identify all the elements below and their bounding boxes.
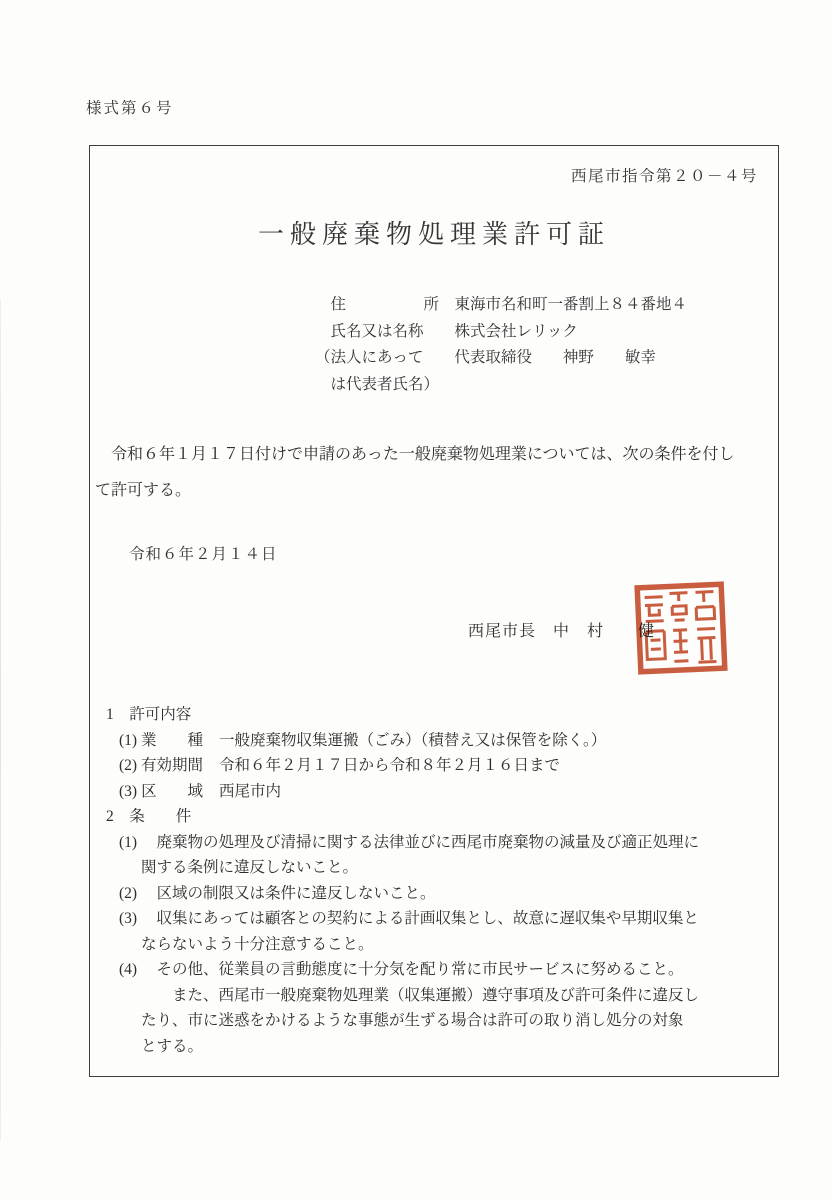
issue-date: 令和６年２月１４日 bbox=[129, 542, 278, 564]
condition-item-3: (3) 収集にあっては顧客との契約による計画収集とし、故意に遅収集や早期収集と … bbox=[90, 906, 773, 957]
directive-number: 西尾市指令第２０－４号 bbox=[571, 164, 758, 186]
recipient-corp-note-line1: （法人にあって 代表取締役 神野 敏幸 bbox=[315, 349, 656, 366]
scan-edge-artifact bbox=[0, 300, 1, 1140]
row-marker: (2) bbox=[119, 753, 137, 779]
row-marker: (3) bbox=[119, 779, 137, 805]
section-heading-permit-content: 1 許可内容 bbox=[90, 702, 780, 728]
grant-statement: 令和６年１月１７日付けで申請のあった一般廃棄物処理業については、次の条件を付し … bbox=[95, 437, 771, 508]
condition-marker: (4) bbox=[119, 957, 137, 983]
row-value: 令和６年２月１７日から令和８年２月１６日まで bbox=[219, 753, 560, 779]
condition-marker: (3) bbox=[119, 906, 137, 932]
permit-row-valid-period: (2) 有効期間 令和６年２月１７日から令和８年２月１６日まで bbox=[90, 753, 780, 779]
condition-text: 区域の制限又は条件に違反しないこと。 bbox=[141, 881, 773, 907]
recipient-address-line: 住 所 東海市名和町一番割上８４番地４ bbox=[315, 296, 687, 313]
condition-item-2: (2) 区域の制限又は条件に違反しないこと。 bbox=[90, 881, 773, 907]
row-value: 一般廃棄物収集運搬（ごみ）（積替え又は保管を除く。） bbox=[219, 728, 606, 754]
condition-item-4: (4) その他、従業員の言動態度に十分気を配り常に市民サービスに努めること。 ま… bbox=[90, 957, 773, 1059]
condition-marker: (2) bbox=[119, 881, 137, 907]
official-seal-stamp-icon bbox=[633, 580, 729, 676]
row-marker: (1) bbox=[119, 728, 137, 754]
row-label: 区 域 bbox=[141, 779, 203, 805]
condition-item-1: (1) 廃棄物の処理及び清掃に関する法律並びに西尾市廃棄物の減量及び適正処理に … bbox=[90, 830, 773, 881]
permit-row-area: (3) 区 域 西尾市内 bbox=[90, 779, 780, 805]
mayor-signature-line: 西尾市長 中 村 健 bbox=[468, 618, 655, 641]
row-label: 有効期間 bbox=[141, 753, 203, 779]
recipient-name-line: 氏名又は名称 株式会社レリック bbox=[315, 323, 578, 340]
recipient-corp-note-line2: は代表者氏名） bbox=[315, 376, 439, 393]
form-number-label: 様式第６号 bbox=[86, 96, 174, 118]
scanned-permit-page: 様式第６号 西尾市指令第２０－４号 一般廃棄物処理業許可証 住 所 東海市名和町… bbox=[0, 0, 831, 1200]
row-label: 業 種 bbox=[141, 728, 203, 754]
recipient-block: 住 所 東海市名和町一番割上８４番地４ 氏名又は名称 株式会社レリック （法人に… bbox=[315, 292, 687, 398]
section-heading-conditions: 2 条 件 bbox=[90, 804, 780, 830]
page-title: 一般廃棄物処理業許可証 bbox=[90, 214, 778, 251]
condition-text: その他、従業員の言動態度に十分気を配り常に市民サービスに努めること。 また、西尾… bbox=[141, 957, 773, 1059]
permit-details-list: 1 許可内容 (1) 業 種 一般廃棄物収集運搬（ごみ）（積替え又は保管を除く。… bbox=[90, 702, 780, 1059]
row-value: 西尾市内 bbox=[219, 779, 281, 805]
condition-text: 収集にあっては顧客との契約による計画収集とし、故意に遅収集や早期収集と ならない… bbox=[141, 906, 773, 957]
condition-marker: (1) bbox=[119, 830, 137, 856]
permit-row-business-type: (1) 業 種 一般廃棄物収集運搬（ごみ）（積替え又は保管を除く。） bbox=[90, 728, 780, 754]
condition-text: 廃棄物の処理及び清掃に関する法律並びに西尾市廃棄物の減量及び適正処理に 関する条… bbox=[141, 830, 773, 881]
certificate-border-box: 西尾市指令第２０－４号 一般廃棄物処理業許可証 住 所 東海市名和町一番割上８４… bbox=[89, 145, 779, 1077]
